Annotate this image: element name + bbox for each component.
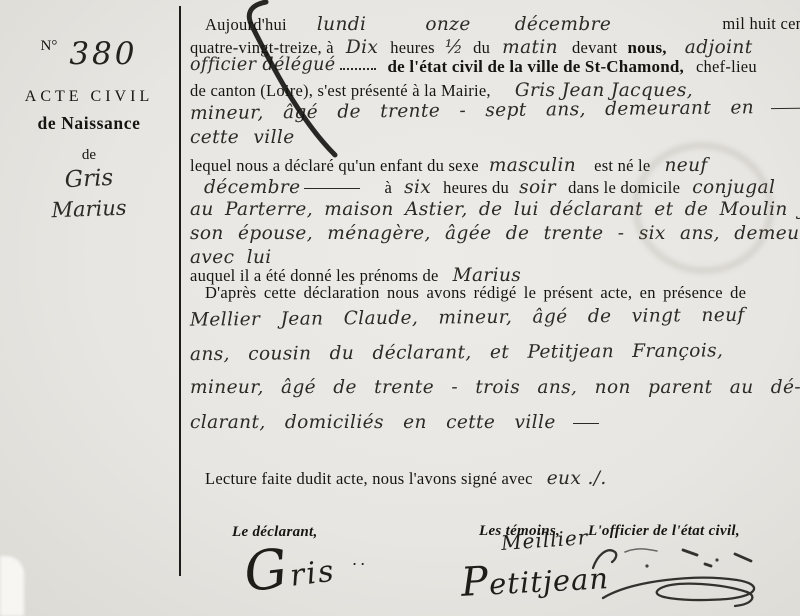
hand-soir: soir (519, 177, 556, 198)
margin-subtitle: de Naissance (0, 113, 178, 134)
printed-dapres: D'après cette déclaration nous avons réd… (205, 283, 746, 302)
hand-birth-month: décembre (204, 177, 300, 198)
hand-witness-3: mineur, âgé de trente - trois ans, non p… (190, 377, 800, 398)
hand-day: onze (425, 14, 470, 35)
act-line-1: Aujourd'hui lundi onze décembre mil huit… (205, 14, 800, 35)
act-number: N° 380 (0, 36, 178, 72)
act-line-15: ans, cousin du déclarant, et Petitjean F… (190, 340, 796, 365)
printed-chef-lieu: chef-lieu (696, 57, 757, 76)
act-line-14: Mellier Jean Claude, mineur, âgé de ving… (190, 304, 796, 330)
birth-act-scan: N° 380 ACTE CIVIL de Naissance de Gris M… (0, 0, 800, 616)
hand-weekday: lundi (317, 14, 367, 35)
hand-cette-ville: cette ville (190, 127, 295, 148)
ink-filler-dash (771, 107, 800, 109)
hand-adjoint: adjoint (685, 37, 753, 58)
hand-birth-hour: six (404, 177, 431, 198)
act-number-value: 380 (69, 36, 137, 72)
declarant-signature: Gris (240, 531, 337, 605)
printed-du: du (473, 38, 490, 57)
printed-year-start: mil huit cent (722, 14, 800, 34)
hand-witness-4: clarant, domiciliés en cette ville (190, 412, 556, 433)
hand-witness-1: Mellier Jean Claude, mineur, âgé de ving… (190, 305, 745, 331)
printed-etat-civil-bold: de l'état civil de la ville de St-Chamon… (388, 57, 684, 76)
hand-sex: masculin (489, 155, 576, 176)
witness-signature-mellier: Meillier (500, 525, 589, 555)
act-line-18: Lecture faite dudit acte, nous l'avons s… (205, 468, 800, 489)
ink-filler-dash (573, 423, 599, 424)
hand-witness-2: ans, cousin du déclarant, et Petitjean F… (190, 340, 723, 365)
act-line-13: D'après cette déclaration nous avons réd… (205, 283, 800, 303)
margin-title: ACTE CIVIL (0, 88, 178, 106)
page-corner-highlight (0, 556, 24, 616)
officer-signature (585, 538, 780, 616)
hand-matin: matin (502, 37, 558, 58)
margin-de-label: de (0, 147, 178, 164)
hand-hour: Dix (346, 37, 378, 58)
hand-eux: eux ./. (547, 468, 607, 489)
act-line-16: mineur, âgé de trente - trois ans, non p… (190, 377, 796, 398)
hand-month: décembre (515, 14, 611, 35)
act-number-label: N° (40, 38, 57, 54)
printed-heures: heures (390, 38, 435, 57)
printed-a: à (384, 178, 392, 197)
hand-officier-delegue: officier délégué (190, 55, 336, 75)
printed-devant: devant (572, 38, 617, 57)
declarant-ink-dots: .. (352, 550, 368, 569)
act-line-17: clarant, domiciliés en cette ville (190, 412, 796, 433)
margin-name-surname: Gris (0, 161, 179, 196)
act-line-3: officier délégué de l'état civil de la v… (190, 57, 796, 77)
hand-declarant-detail: mineur, âgé de trente - sept ans, demeur… (190, 97, 754, 124)
ink-filler-dash (304, 188, 360, 189)
printed-canton: de canton (Loire), s'est présenté à la M… (190, 81, 491, 100)
printed-declaration-start: lequel nous a déclaré qu'un enfant du se… (190, 156, 479, 175)
underline-tail (340, 68, 376, 70)
margin-name-given: Marius (0, 194, 178, 224)
hand-half-fraction: ½ (445, 37, 463, 58)
printed-aujourdhui: Aujourd'hui (205, 15, 287, 34)
margin-divider-line (179, 6, 181, 576)
printed-lecture: Lecture faite dudit acte, nous l'avons s… (205, 469, 533, 488)
printed-heures-du: heures du (443, 178, 509, 197)
printed-nous: nous, (627, 38, 666, 57)
